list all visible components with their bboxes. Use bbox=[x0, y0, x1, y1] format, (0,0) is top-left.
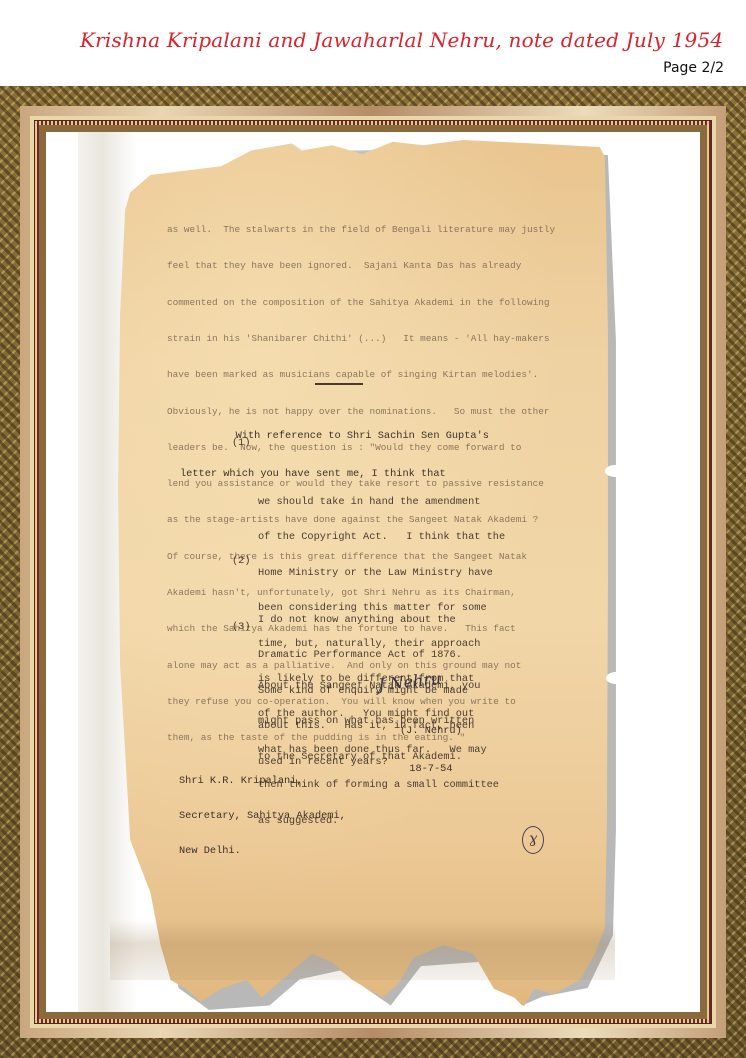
signature-block: (J. Nehru) 18-7-54 bbox=[400, 700, 462, 788]
point-number: (1) bbox=[232, 438, 251, 450]
text-line: as well. The stalwarts in the field of B… bbox=[167, 224, 555, 236]
text-line: Shri K.R. Kripalani, bbox=[179, 776, 346, 788]
signatory-name: (J. Nehru) bbox=[400, 725, 462, 738]
punch-hole-lower bbox=[606, 672, 626, 684]
section-divider bbox=[315, 383, 363, 385]
text-line: strain in his 'Shanibarer Chithi' (...) … bbox=[167, 333, 555, 345]
point-number: (3) bbox=[232, 622, 251, 634]
addressee-block: Shri K.R. Kripalani, Secretary, Sahitya … bbox=[179, 752, 346, 870]
text-line: New Delhi. bbox=[179, 846, 346, 858]
letter-date: 18-7-54 bbox=[400, 763, 462, 776]
text-line: of the Copyright Act. I think that the bbox=[258, 532, 505, 544]
text-line: we should take in hand the amendment bbox=[258, 497, 505, 509]
text-line: About the Sangeet Natak Akademi, you bbox=[258, 681, 480, 693]
point-number: (2) bbox=[232, 556, 251, 568]
page-indicator: Page 2/2 bbox=[663, 60, 724, 76]
circled-pencil-mark: ɣ bbox=[522, 826, 544, 854]
punch-hole-upper bbox=[605, 465, 625, 477]
text-line: feel that they have been ignored. Sajani… bbox=[167, 260, 555, 272]
text-line: Secretary, Sahitya Akademi, bbox=[179, 811, 346, 823]
text-line: commented on the composition of the Sahi… bbox=[167, 297, 555, 309]
text-line: have been marked as musicians capable of… bbox=[167, 369, 555, 381]
page-title: Krishna Kripalani and Jawaharlal Nehru, … bbox=[80, 28, 640, 52]
